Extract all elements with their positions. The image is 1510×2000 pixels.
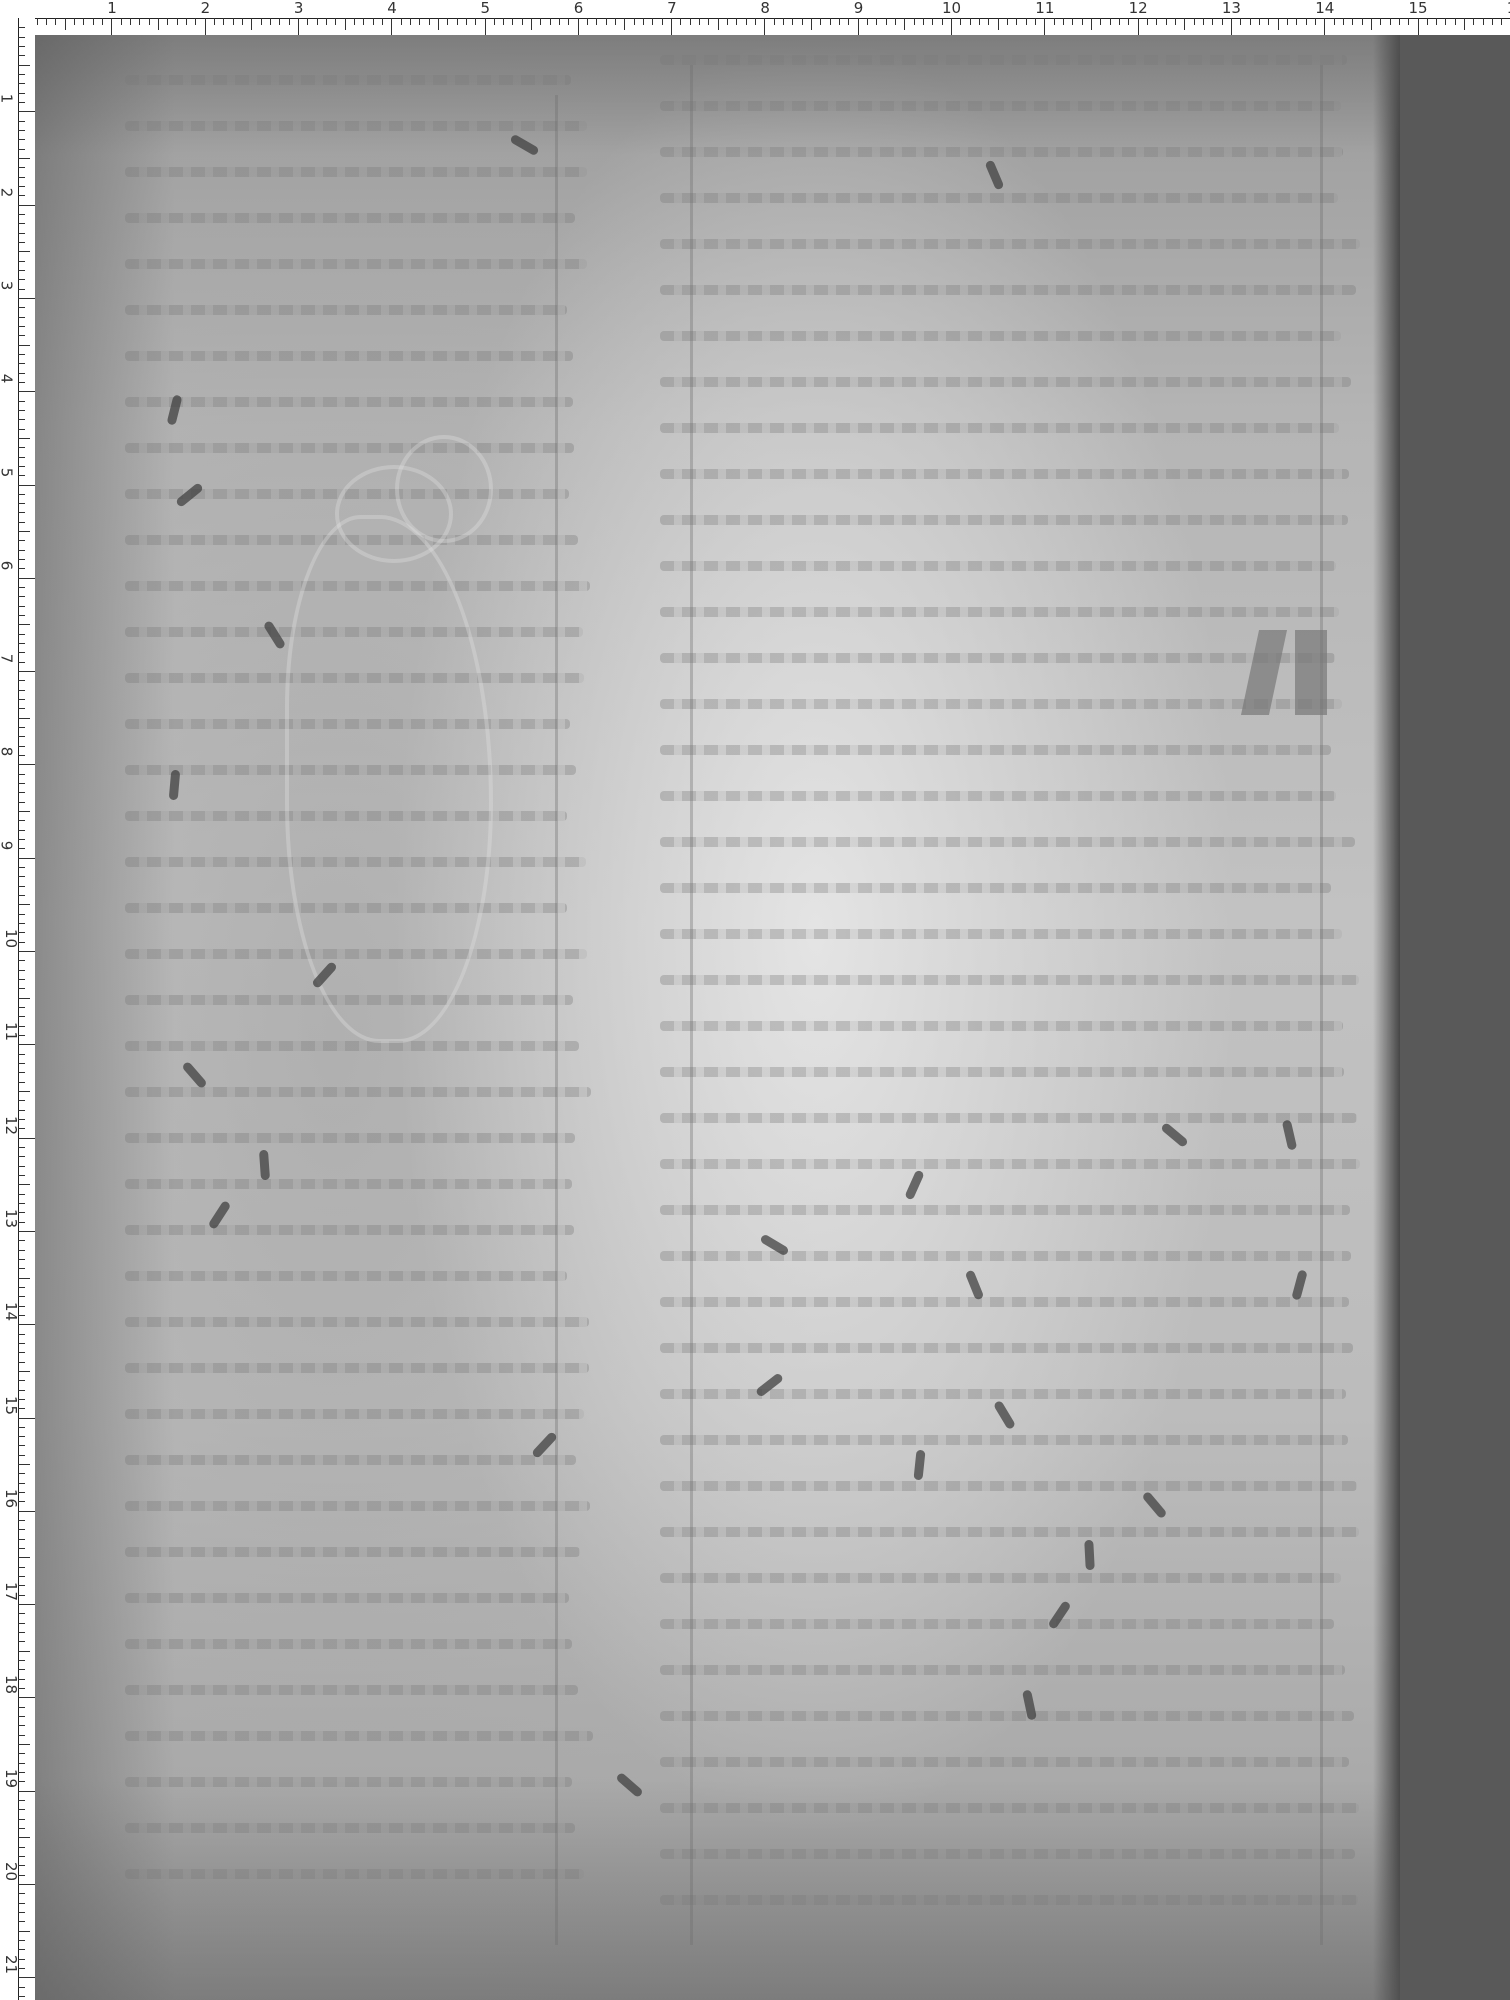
faint-text-line [660, 1159, 1360, 1169]
ruler-tick [18, 699, 25, 700]
ruler-label: 2 [201, 1, 211, 16]
ruler-tick [18, 1445, 25, 1446]
faint-text-line [125, 1869, 584, 1879]
ruler-tick [242, 18, 243, 25]
ruler-tick [1399, 18, 1400, 25]
faint-text-line [125, 213, 575, 223]
faint-text-line [125, 1501, 590, 1511]
ruler-tick [998, 18, 999, 30]
ruler-tick [606, 18, 607, 25]
ruler-tick [1222, 18, 1223, 25]
ruler-tick [18, 1240, 25, 1241]
ruler-tick [1436, 18, 1437, 25]
ruler-tick [736, 18, 737, 25]
faint-text-line [660, 1481, 1357, 1491]
ruler-label: 15 [3, 1395, 18, 1414]
ruler-tick [438, 18, 439, 30]
ruler-label: 3 [0, 281, 13, 291]
ruler-label: 17 [3, 1582, 18, 1601]
ruler-tick [18, 93, 25, 94]
faint-text-line [660, 1527, 1359, 1537]
ruler-tick [18, 485, 35, 486]
ruler-tick [18, 1203, 25, 1204]
ruler-tick [1007, 18, 1008, 25]
ruler-tick [18, 886, 25, 887]
ruler-tick [18, 1949, 25, 1950]
ruler-label: 12 [3, 1116, 18, 1135]
faint-text-line [125, 1317, 589, 1327]
ruler-tick [18, 139, 25, 140]
ruler-tick [18, 1921, 25, 1922]
ruler-tick [18, 1511, 35, 1512]
ruler-tick [1119, 18, 1120, 25]
ruler-tick [18, 634, 25, 635]
ruler-tick [18, 391, 35, 392]
ruler-tick [18, 1072, 25, 1073]
ruler-tick [540, 18, 541, 25]
ruler-tick [18, 1557, 30, 1558]
ruler-tick [1427, 18, 1428, 25]
faint-text-line [125, 1823, 575, 1833]
ruler-tick [18, 858, 35, 859]
ruler-tick [690, 18, 691, 25]
ruler-tick [1287, 18, 1288, 25]
ruler-tick [270, 18, 271, 25]
ruler-tick [18, 1893, 25, 1894]
faint-text-line [125, 1087, 591, 1097]
ruler-tick [559, 18, 560, 25]
ruler-tick [1240, 18, 1241, 25]
ruler-tick [18, 578, 35, 579]
ruler-tick [335, 18, 336, 25]
ruling-line [1320, 65, 1323, 1945]
ruler-tick [18, 1912, 25, 1913]
vertical-ruler: 123456789101112131415161718192021 [0, 0, 35, 2000]
faint-text-line [125, 75, 571, 85]
ruler-tick [18, 242, 25, 243]
ruler-tick [18, 876, 25, 877]
ruler-tick [1231, 18, 1232, 35]
ruler-tick [858, 18, 859, 35]
ruler-tick [46, 18, 47, 25]
ruler-tick [1306, 18, 1307, 25]
ruler-tick [261, 18, 262, 25]
ruler-tick [1156, 18, 1157, 25]
ruler-tick [718, 18, 719, 30]
ruler-tick [18, 1138, 35, 1139]
ruler-tick [18, 792, 25, 793]
ruler-tick [18, 1931, 30, 1932]
ruler-tick [18, 1977, 35, 1978]
ruler-label: 9 [0, 840, 13, 850]
ruler-label: 19 [3, 1769, 18, 1788]
decorated-initial [1295, 630, 1327, 715]
ruler-label: 21 [3, 1955, 18, 1974]
ruler-tick [1100, 18, 1101, 25]
ruler-tick [18, 1054, 25, 1055]
ruler-tick [18, 1791, 35, 1792]
faint-text-line [660, 745, 1331, 755]
faint-text-line [660, 561, 1336, 571]
ruler-tick [18, 186, 25, 187]
ruler-tick [792, 18, 793, 25]
faint-text-line [660, 1573, 1341, 1583]
ruler-tick [18, 923, 25, 924]
ruler-tick [18, 1996, 25, 1997]
ruler-tick [942, 18, 943, 25]
ruler-tick [830, 18, 831, 25]
ruler-label: 2 [0, 187, 13, 197]
ruler-tick [1408, 18, 1409, 25]
ruler-tick [18, 177, 25, 178]
ruler-label: 14 [3, 1302, 18, 1321]
ruler-tick [18, 37, 25, 38]
faint-text-line [660, 1343, 1353, 1353]
ruler-tick [1091, 18, 1092, 30]
ruler-tick [643, 18, 644, 25]
ruler-tick [18, 783, 25, 784]
ruler-tick [289, 18, 290, 25]
ruler-tick [531, 18, 532, 30]
ruler-tick [18, 1007, 25, 1008]
faint-text-line [660, 423, 1339, 433]
ruler-tick [18, 764, 35, 765]
ruler-tick [18, 1063, 25, 1064]
ruler-tick [317, 18, 318, 25]
ruler-tick [18, 1744, 30, 1745]
ruler-tick [18, 298, 35, 299]
ruler-tick [18, 830, 25, 831]
ruler-tick [764, 18, 765, 35]
ruler-tick [18, 652, 25, 653]
ruler-tick [578, 18, 579, 35]
ruler-tick [568, 18, 569, 25]
ruler-tick [18, 1735, 25, 1736]
ruler-tick [18, 1651, 30, 1652]
ruler-tick [18, 270, 25, 271]
ruler-tick [662, 18, 663, 25]
ruler-tick [1483, 18, 1484, 25]
ruler-tick [979, 18, 980, 25]
ruler-tick [1147, 18, 1148, 25]
ruler-tick [102, 18, 103, 25]
faint-text-line [125, 351, 573, 361]
ruler-tick [18, 46, 25, 47]
ruler-tick [18, 27, 25, 28]
ruler-tick [18, 205, 35, 206]
ruler-tick [18, 596, 25, 597]
ruler-tick [671, 18, 672, 35]
ruler-tick [1445, 18, 1446, 25]
ruler-tick [18, 727, 25, 728]
ruler-tick [18, 1324, 35, 1325]
ruler-tick [18, 1884, 35, 1885]
ruler-tick [1418, 18, 1419, 35]
ruler-tick [615, 18, 616, 25]
ruler-tick [503, 18, 504, 25]
ruler-tick [65, 18, 66, 30]
ruler-tick [970, 18, 971, 25]
ruler-tick [1324, 18, 1325, 35]
ruler-tick [18, 83, 25, 84]
ruler-tick [18, 1539, 25, 1540]
faint-text-line [660, 929, 1342, 939]
ruler-tick [18, 624, 30, 625]
faint-text-line [125, 305, 567, 315]
ruler-tick [1054, 18, 1055, 25]
ruler-tick [18, 540, 25, 541]
ruler-tick [18, 1427, 25, 1428]
ruler-tick [233, 18, 234, 25]
ruler-tick [18, 1725, 25, 1726]
ruler-tick [139, 18, 140, 25]
ruler-tick [18, 1343, 25, 1344]
ruler-tick [783, 18, 784, 25]
right-text-column [660, 55, 1360, 1955]
ruler-tick [18, 289, 25, 290]
ruler-tick [18, 1091, 30, 1092]
ruler-tick [18, 1604, 35, 1605]
ruler-tick [18, 149, 25, 150]
faint-text-line [660, 1205, 1350, 1215]
faint-text-line [660, 1665, 1345, 1675]
ruler-tick [18, 606, 25, 607]
ruler-tick [1334, 18, 1335, 25]
ruling-line [690, 65, 693, 1945]
faint-text-line [660, 239, 1360, 249]
ruler-tick [18, 951, 35, 952]
ruler-tick [18, 195, 25, 196]
ruler-tick [18, 1362, 25, 1363]
ruler-tick [18, 1268, 25, 1269]
ruler-tick [18, 1753, 25, 1754]
ruler-tick [223, 18, 224, 25]
ruler-tick [18, 1697, 35, 1698]
ruler-tick [18, 970, 25, 971]
ruler-label: 6 [574, 1, 584, 16]
ruler-tick [18, 438, 30, 439]
ruler-tick [18, 615, 25, 616]
ruler-tick [18, 1436, 25, 1437]
ruler-label: 1 [0, 94, 13, 104]
ruler-tick [373, 18, 374, 25]
ruler-tick [18, 1100, 25, 1101]
faint-text-line [125, 1409, 584, 1419]
ruling-line [555, 95, 558, 1945]
ruler-tick [522, 18, 523, 25]
ruler-tick [18, 335, 25, 336]
ruler-label: 5 [481, 1, 491, 16]
faint-text-line [660, 331, 1341, 341]
ruler-tick [18, 326, 25, 327]
ruler-tick [18, 1016, 25, 1017]
ruler-tick [1492, 18, 1493, 25]
ruler-tick [1138, 18, 1139, 35]
ruler-tick [18, 1380, 25, 1381]
dark-speck [1084, 1540, 1095, 1570]
faint-text-line [660, 285, 1356, 295]
faint-text-line [125, 1547, 580, 1557]
ruler-tick [18, 1716, 25, 1717]
manuscript-scan [35, 35, 1510, 2000]
ruler-tick [951, 18, 952, 35]
ruler-tick [18, 568, 25, 569]
faint-text-line [125, 443, 574, 453]
ruler-label: 15 [1409, 1, 1428, 16]
ruler-tick [18, 755, 25, 756]
ruler-tick [18, 895, 25, 896]
ruler-tick [18, 1660, 25, 1661]
faint-text-line [125, 1455, 576, 1465]
ruler-tick [18, 1847, 25, 1848]
ruler-tick [1464, 18, 1465, 30]
ruler-tick [18, 774, 25, 775]
ruler-label: 13 [1222, 1, 1241, 16]
ruler-tick [18, 1352, 25, 1353]
ruler-tick [1166, 18, 1167, 25]
ruler-tick [1250, 18, 1251, 25]
faint-text-line [660, 147, 1343, 157]
ruler-tick [466, 18, 467, 25]
ruler-tick [18, 1987, 25, 1988]
ruler-tick [307, 18, 308, 25]
faint-text-line [660, 699, 1342, 709]
faint-text-line [660, 607, 1339, 617]
ruler-tick [867, 18, 868, 25]
faint-text-line [660, 1711, 1354, 1721]
ruler-tick [83, 18, 84, 25]
ruler-tick [1026, 18, 1027, 25]
ruler-tick [923, 18, 924, 25]
ruler-tick [18, 354, 25, 355]
ruler-tick [18, 214, 25, 215]
ruler-tick [18, 680, 25, 681]
ruler-tick [18, 1371, 30, 1372]
ruler-label: 16 [3, 1489, 18, 1508]
ruler-tick [18, 1278, 30, 1279]
ruler-tick [18, 401, 25, 402]
ruler-tick [1259, 18, 1260, 25]
ruler-tick [18, 1819, 25, 1820]
ruler-label: 1 [107, 1, 117, 16]
ruler-tick [802, 18, 803, 25]
ruler-tick [447, 18, 448, 25]
ruler-tick [18, 1548, 25, 1549]
ruler-tick [18, 1156, 25, 1157]
ruler-tick [914, 18, 915, 25]
ruler-tick [634, 18, 635, 25]
faint-text-line [125, 1777, 572, 1787]
ruler-tick [699, 18, 700, 25]
ruler-tick [121, 18, 122, 25]
ruler-tick [18, 307, 25, 308]
ruler-tick [680, 18, 681, 25]
ruler-tick [18, 662, 25, 663]
ruler-tick [18, 223, 25, 224]
ruler-label: 5 [0, 467, 13, 477]
ruler-tick [18, 429, 25, 430]
faint-text-line [660, 469, 1349, 479]
faint-text-line [660, 1895, 1358, 1905]
ruler-tick [18, 1641, 25, 1642]
ruler-tick [18, 345, 30, 346]
ruler-tick [18, 643, 25, 644]
ruler-tick [727, 18, 728, 25]
ruler-tick [429, 18, 430, 25]
ruler-tick [18, 708, 25, 709]
ruler-tick [895, 18, 896, 25]
faint-text-line [660, 1067, 1344, 1077]
ruler-tick [18, 167, 25, 168]
ruler-tick [18, 914, 25, 915]
ruler-tick [18, 839, 25, 840]
faint-text-line [125, 1041, 579, 1051]
ruler-label: 8 [0, 747, 13, 757]
ruler-tick [848, 18, 849, 25]
ruler-tick [298, 18, 299, 35]
ruler-tick [205, 18, 206, 35]
ruler-tick [18, 1828, 25, 1829]
ruler-label: 14 [1315, 1, 1334, 16]
ruler-tick [167, 18, 168, 25]
ruler-tick [886, 18, 887, 25]
faint-text-line [660, 377, 1351, 387]
ruler-tick [18, 1669, 25, 1670]
ruler-tick [1082, 18, 1083, 25]
ruler-tick [485, 18, 486, 35]
ruler-tick [494, 18, 495, 25]
ruler-label: 11 [1035, 1, 1054, 16]
ruler-tick [1194, 18, 1195, 25]
ruler-tick [1268, 18, 1269, 25]
ruler-label: 18 [3, 1675, 18, 1694]
ruler-label: 13 [3, 1209, 18, 1228]
ruler-label: 8 [760, 1, 770, 16]
ruler-tick [587, 18, 588, 25]
ruler-tick [18, 1856, 25, 1857]
ruler-tick [1352, 18, 1353, 25]
ruler-tick [1035, 18, 1036, 25]
ruler-tick [18, 1623, 25, 1624]
ruler-tick [18, 1175, 25, 1176]
faint-text-line [660, 1251, 1351, 1261]
ruler-tick [186, 18, 187, 25]
ruler-tick [1501, 18, 1502, 25]
ruler-tick [354, 18, 355, 25]
ruler-tick [839, 18, 840, 25]
faint-text-line [660, 1113, 1357, 1123]
ruler-tick [1016, 18, 1017, 25]
ruler-tick [1212, 18, 1213, 25]
ruler-tick [279, 18, 280, 25]
ruler-tick [746, 18, 747, 25]
ruler-tick [18, 979, 25, 980]
ruler-tick [18, 867, 25, 868]
ruler-tick [410, 18, 411, 25]
ruler-tick [18, 1418, 35, 1419]
ruler-tick [18, 251, 30, 252]
ruler-tick [18, 1800, 25, 1801]
ruler-tick [18, 904, 30, 905]
ruler-tick [158, 18, 159, 30]
faint-text-line [125, 1133, 575, 1143]
ruler-tick [18, 746, 25, 747]
ruler-tick [1203, 18, 1204, 25]
ruler-tick [111, 18, 112, 35]
ruler-tick [475, 18, 476, 25]
ruler-tick [74, 18, 75, 25]
ruler-tick [18, 419, 25, 420]
